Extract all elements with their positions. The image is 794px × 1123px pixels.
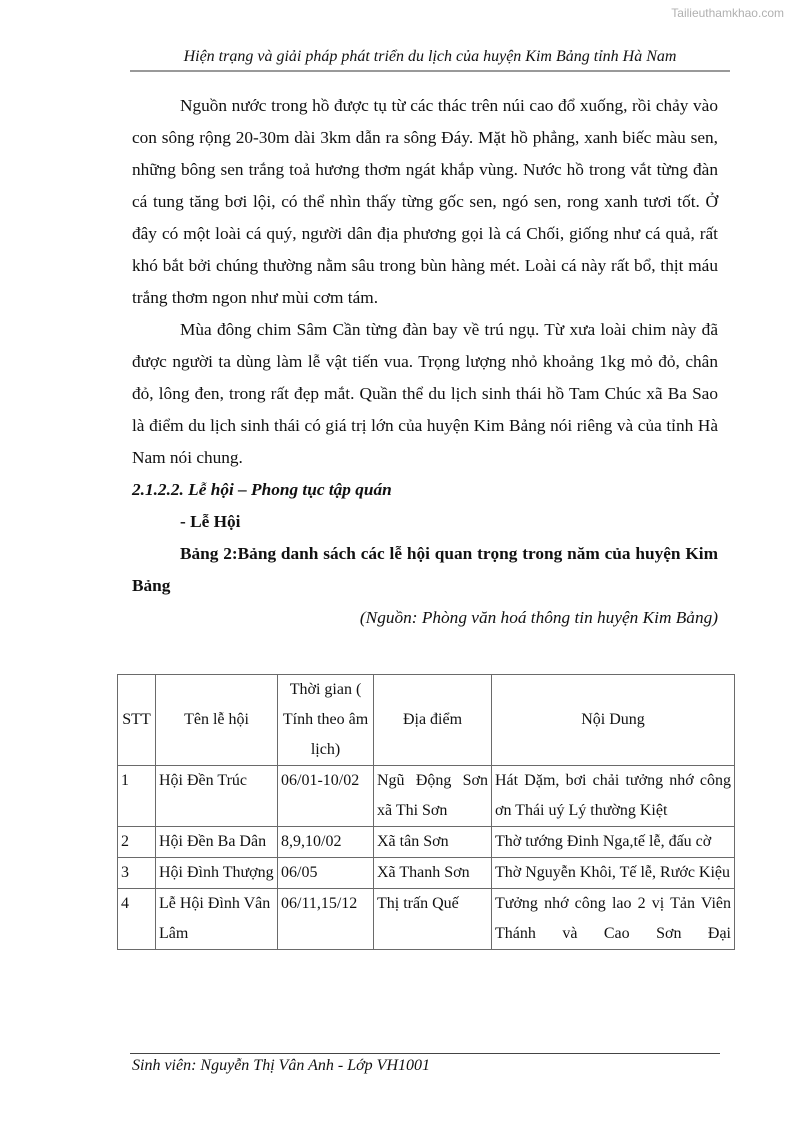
table-row: 3 Hội Đình Thượng 06/05 Xã Thanh Sơn Thờ… [118, 858, 735, 889]
cell-content: Tưởng nhớ công lao 2 vị Tản Viên Thánh v… [492, 889, 735, 950]
header-stt: STT [118, 675, 156, 766]
table-header-row: STT Tên lễ hội Thời gian ( Tính theo âm … [118, 675, 735, 766]
cell-stt: 2 [118, 827, 156, 858]
cell-name: Hội Đền Trúc [156, 766, 278, 827]
header-name: Tên lễ hội [156, 675, 278, 766]
footer-rule [130, 1053, 720, 1054]
cell-stt: 4 [118, 889, 156, 950]
cell-stt: 3 [118, 858, 156, 889]
header-content: Nội Dung [492, 675, 735, 766]
cell-time: 8,9,10/02 [278, 827, 374, 858]
cell-time: 06/05 [278, 858, 374, 889]
cell-place: Xã Thanh Sơn [374, 858, 492, 889]
cell-place: Thị trấn Quế [374, 889, 492, 950]
running-header: Hiện trạng và giải pháp phát triển du lị… [130, 48, 730, 66]
header-place: Địa điểm [374, 675, 492, 766]
subheading: - Lễ Hội [132, 506, 718, 538]
cell-content: Hát Dặm, bơi chải tưởng nhớ công ơn Thái… [492, 766, 735, 827]
cell-content: Thờ Nguyễn Khôi, Tế lễ, Rước Kiệu [492, 858, 735, 889]
footer: Sinh viên: Nguyễn Thị Vân Anh - Lớp VH10… [132, 1057, 430, 1075]
header-rule [130, 70, 730, 72]
paragraph: Mùa đông chim Sâm Cần từng đàn bay về tr… [132, 314, 718, 474]
cell-time: 06/11,15/12 [278, 889, 374, 950]
cell-place: Ngũ Động Sơn xã Thi Sơn [374, 766, 492, 827]
body-text: Nguồn nước trong hồ được tụ từ các thác … [132, 90, 718, 634]
table-row: 1 Hội Đền Trúc 06/01-10/02 Ngũ Động Sơn … [118, 766, 735, 827]
festival-table: STT Tên lễ hội Thời gian ( Tính theo âm … [117, 674, 735, 950]
cell-name: Hội Đình Thượng [156, 858, 278, 889]
cell-name: Lễ Hội Đình Vân Lâm [156, 889, 278, 950]
table-source: (Nguồn: Phòng văn hoá thông tin huyện Ki… [132, 602, 718, 634]
paragraph: Nguồn nước trong hồ được tụ từ các thác … [132, 90, 718, 314]
cell-name: Hội Đền Ba Dân [156, 827, 278, 858]
table-caption: Bảng 2:Bảng danh sách các lễ hội quan tr… [132, 538, 718, 602]
cell-place: Xã tân Sơn [374, 827, 492, 858]
table-row: 4 Lễ Hội Đình Vân Lâm 06/11,15/12 Thị tr… [118, 889, 735, 950]
section-heading: 2.1.2.2. Lễ hội – Phong tục tập quán [132, 474, 718, 506]
cell-content: Thờ tướng Đinh Nga,tế lễ, đấu cờ [492, 827, 735, 858]
cell-stt: 1 [118, 766, 156, 827]
header-time: Thời gian ( Tính theo âm lịch) [278, 675, 374, 766]
watermark: Tailieuthamkhao.com [671, 6, 784, 20]
cell-time: 06/01-10/02 [278, 766, 374, 827]
table-row: 2 Hội Đền Ba Dân 8,9,10/02 Xã tân Sơn Th… [118, 827, 735, 858]
